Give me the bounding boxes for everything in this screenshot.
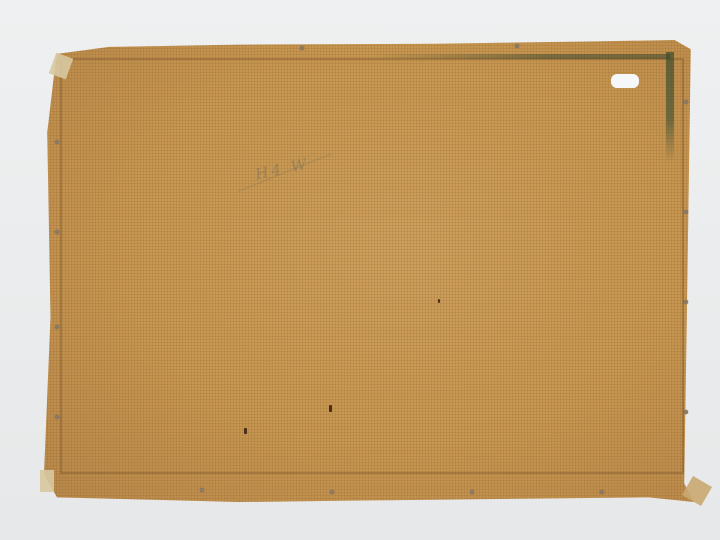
tack bbox=[300, 46, 304, 50]
burlap-canvas-back bbox=[44, 40, 694, 502]
tack bbox=[55, 325, 59, 329]
fabric-spot bbox=[438, 299, 440, 303]
tack bbox=[684, 210, 688, 214]
tack bbox=[684, 300, 688, 304]
label-sticker bbox=[611, 74, 639, 88]
fabric-spot bbox=[244, 428, 247, 434]
tack bbox=[55, 230, 59, 234]
tack bbox=[200, 488, 204, 492]
stain-right-edge bbox=[666, 52, 674, 162]
tack bbox=[470, 490, 474, 494]
torn-corner-bottom-left bbox=[40, 470, 54, 492]
tack bbox=[55, 415, 59, 419]
tack bbox=[600, 490, 604, 494]
stain-top-edge bbox=[370, 54, 670, 59]
tack bbox=[515, 44, 519, 48]
fabric-spot bbox=[329, 405, 332, 412]
tack bbox=[330, 490, 334, 494]
tack bbox=[684, 410, 688, 414]
tack bbox=[684, 100, 688, 104]
tack bbox=[55, 140, 59, 144]
